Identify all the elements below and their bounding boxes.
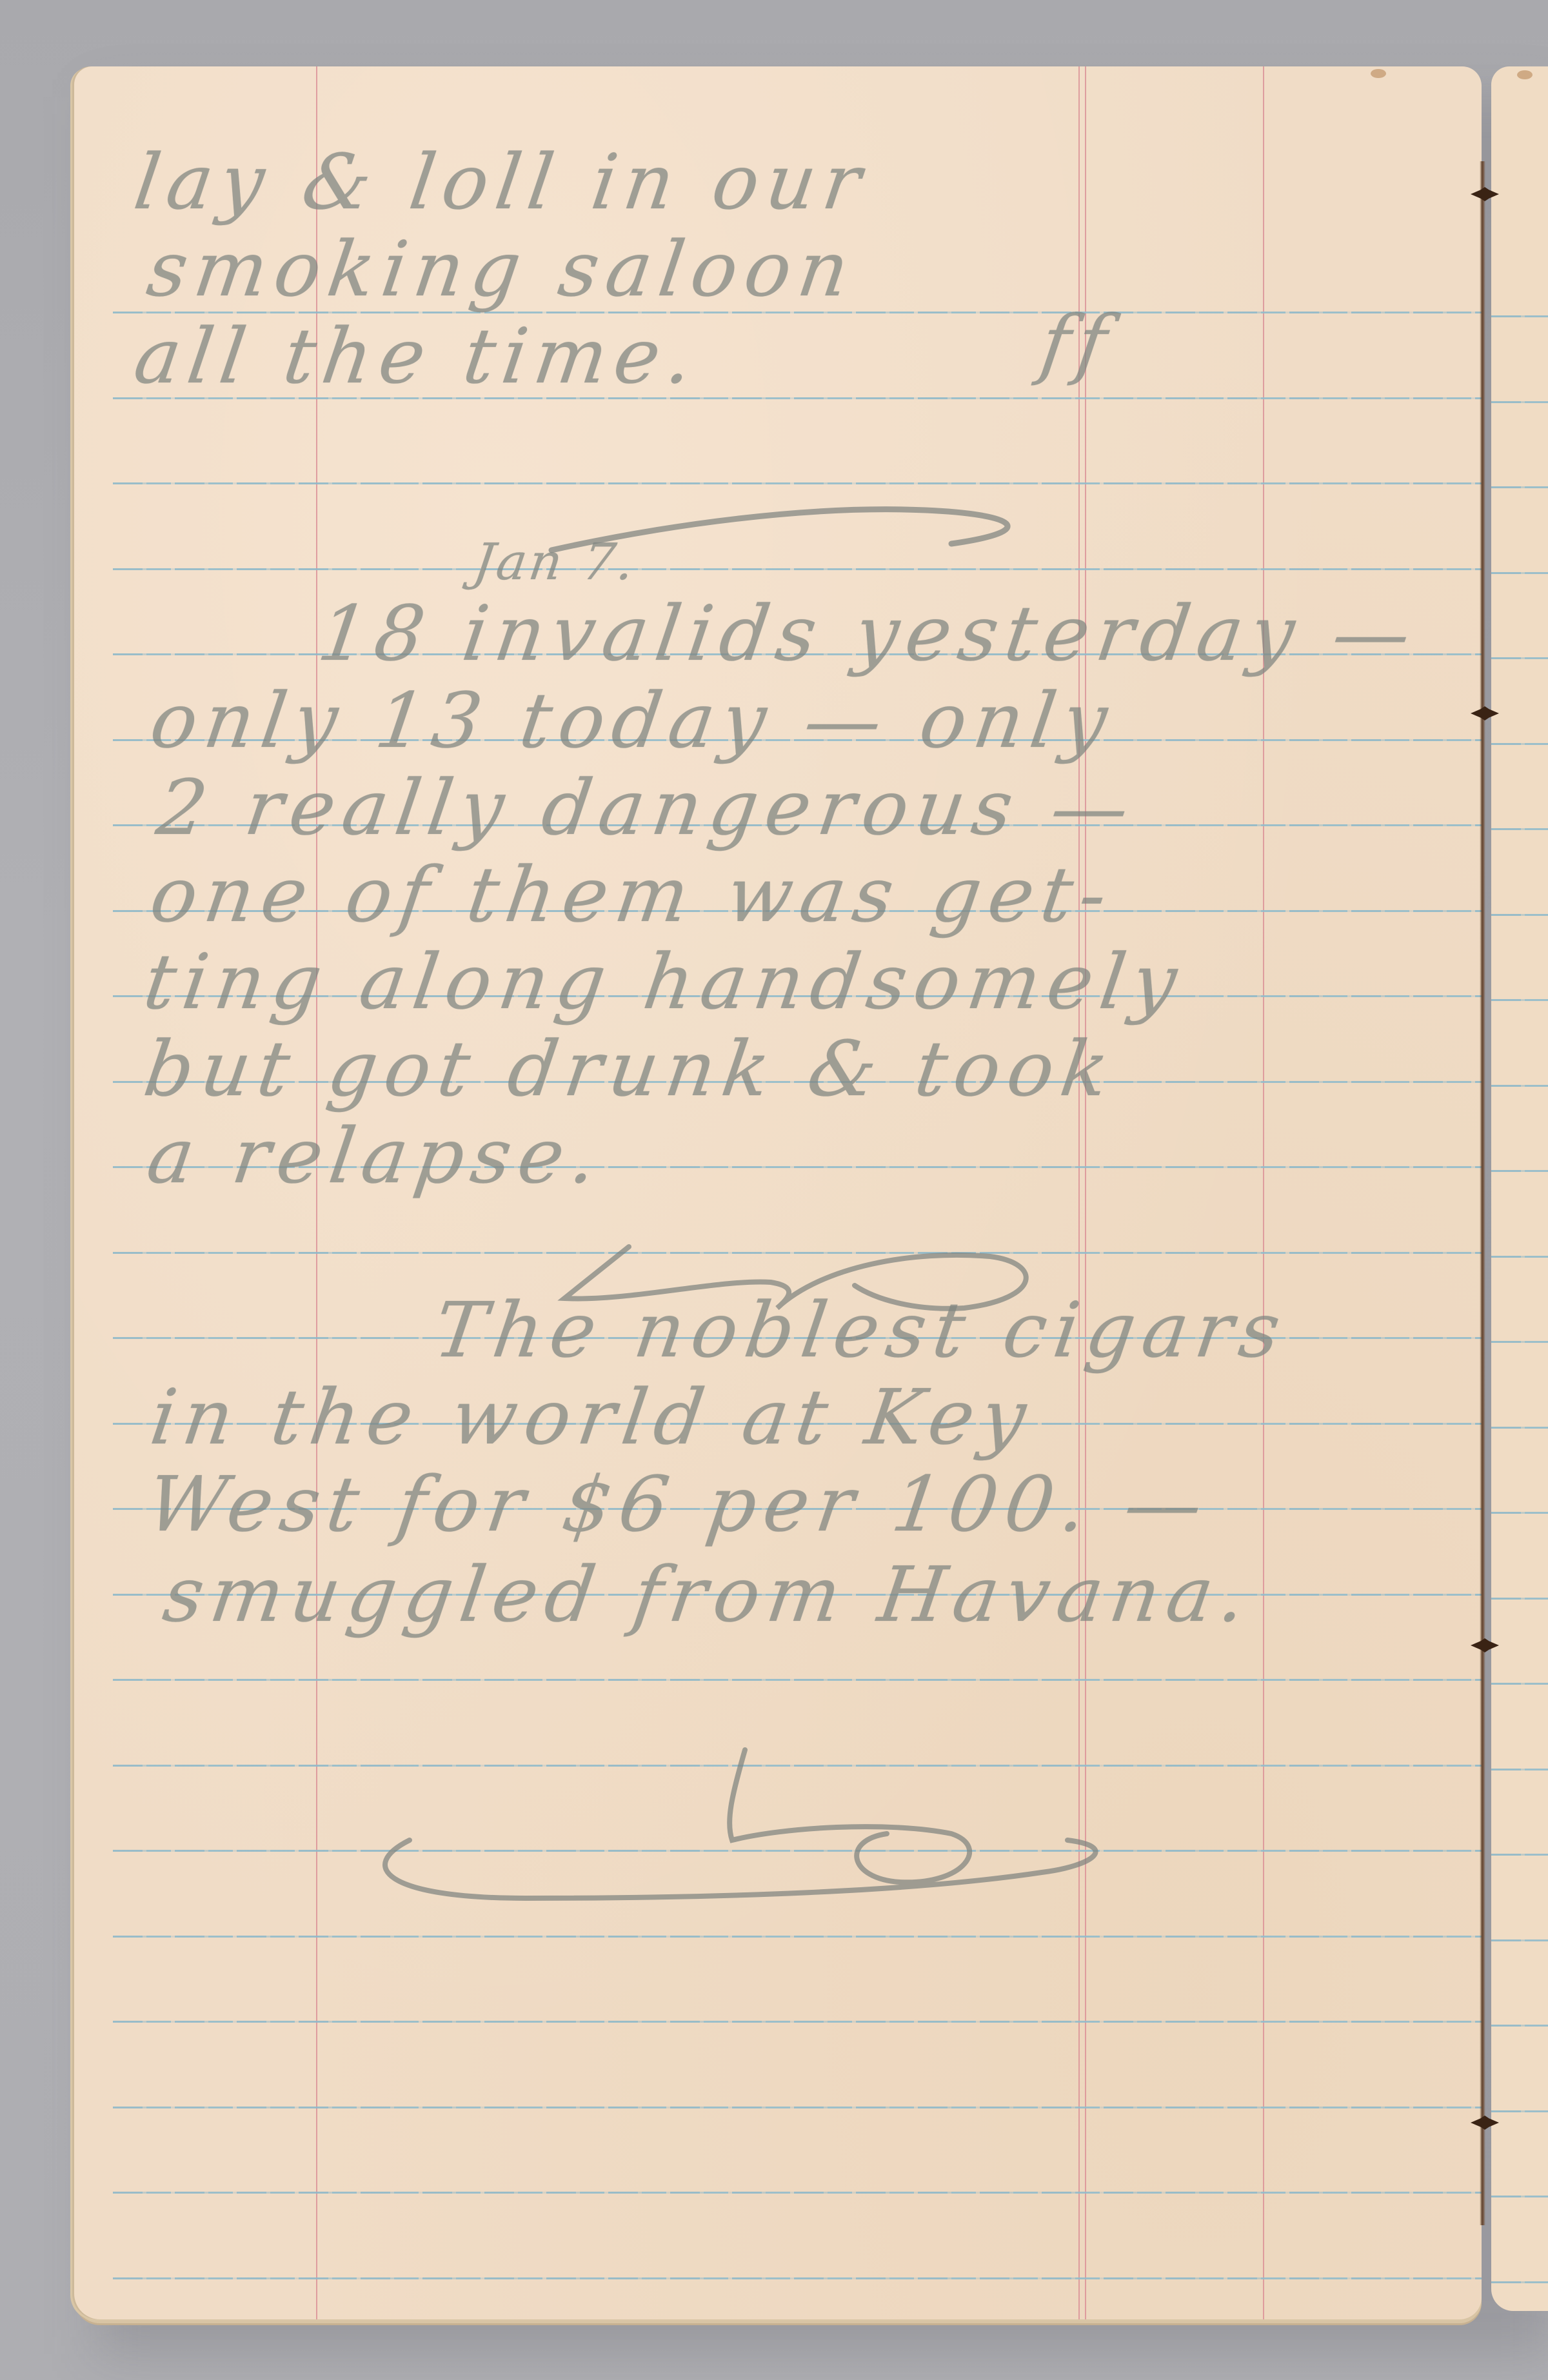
ruled-line: [1491, 486, 1548, 488]
ruled-line: [1491, 1256, 1548, 1258]
entry-1-mark: ff: [1037, 305, 1119, 381]
stain: [1517, 70, 1533, 79]
column-rule-double-b: [1085, 66, 1086, 2319]
ruled-line: [1491, 315, 1548, 317]
ruled-line: [1491, 743, 1548, 745]
ruled-line: [1491, 1512, 1548, 1514]
entry-1-line-2: smoking saloon: [143, 231, 861, 307]
entry-2-date: Jan 7.: [471, 537, 640, 588]
column-rule-double-a: [1078, 66, 1080, 2319]
ruled-line: [113, 2277, 1482, 2279]
ruled-line: [113, 1679, 1482, 1681]
ruled-line: [1491, 1170, 1548, 1172]
ruled-line: [1491, 1769, 1548, 1770]
ruled-line: [1491, 914, 1548, 916]
ruled-line: [1491, 1683, 1548, 1685]
entry-2-line-7: a relapse.: [143, 1118, 609, 1194]
ruled-line: [113, 1936, 1482, 1938]
entry-3-line-3: West for $6 per 100. —: [143, 1466, 1215, 1542]
ruled-line: [1491, 657, 1548, 659]
ruled-line: [1491, 1939, 1548, 1941]
ruled-line: [113, 482, 1482, 484]
entry-1-line-3: all the time.: [130, 318, 705, 394]
ruled-line: [1491, 2281, 1548, 2283]
ruled-line: [1491, 1854, 1548, 1856]
entry-2-line-3: 2 really dangerous —: [153, 769, 1141, 846]
ruled-line: [1491, 572, 1548, 574]
entry-3-line-2: in the world at Key: [146, 1379, 1038, 1455]
ruled-line: [1491, 999, 1548, 1001]
entry-2-line-5: ting along handsomely: [140, 944, 1189, 1020]
entry-3-line-4: smuggled from Havana.: [159, 1556, 1258, 1632]
ruled-line: [1491, 1341, 1548, 1343]
ruled-line: [113, 2192, 1482, 2194]
ruled-line: [1491, 2025, 1548, 2027]
ruled-line: [1491, 828, 1548, 830]
binding-gutter: [1480, 161, 1485, 2225]
entry-2-line-2: only 13 today — only: [146, 682, 1120, 759]
ruled-line: [1491, 1598, 1548, 1600]
column-rule-right: [1263, 66, 1264, 2319]
ruled-line: [113, 2021, 1482, 2023]
stain: [1371, 69, 1386, 78]
ruled-line: [1491, 2110, 1548, 2112]
entry-1-line-1: lay & loll in our: [130, 144, 873, 220]
ruled-line: [113, 2107, 1482, 2108]
ruled-line: [1491, 401, 1548, 403]
ruled-line: [1491, 2196, 1548, 2197]
entry-2-line-6: but got drunk & took: [140, 1031, 1121, 1107]
ruled-line: [1491, 1085, 1548, 1087]
ruled-line: [1491, 1427, 1548, 1429]
entry-2-line-4: one of them was get-: [146, 857, 1119, 933]
adjacent-page: [1491, 66, 1548, 2311]
end-flourish: [332, 1743, 1171, 1911]
notebook-page: lay & loll in our smoking saloon all the…: [74, 66, 1482, 2319]
entry-3-line-1: The noblest cigars: [430, 1292, 1293, 1368]
entry-2-line-1: 18 invalids yesterday —: [314, 595, 1423, 671]
